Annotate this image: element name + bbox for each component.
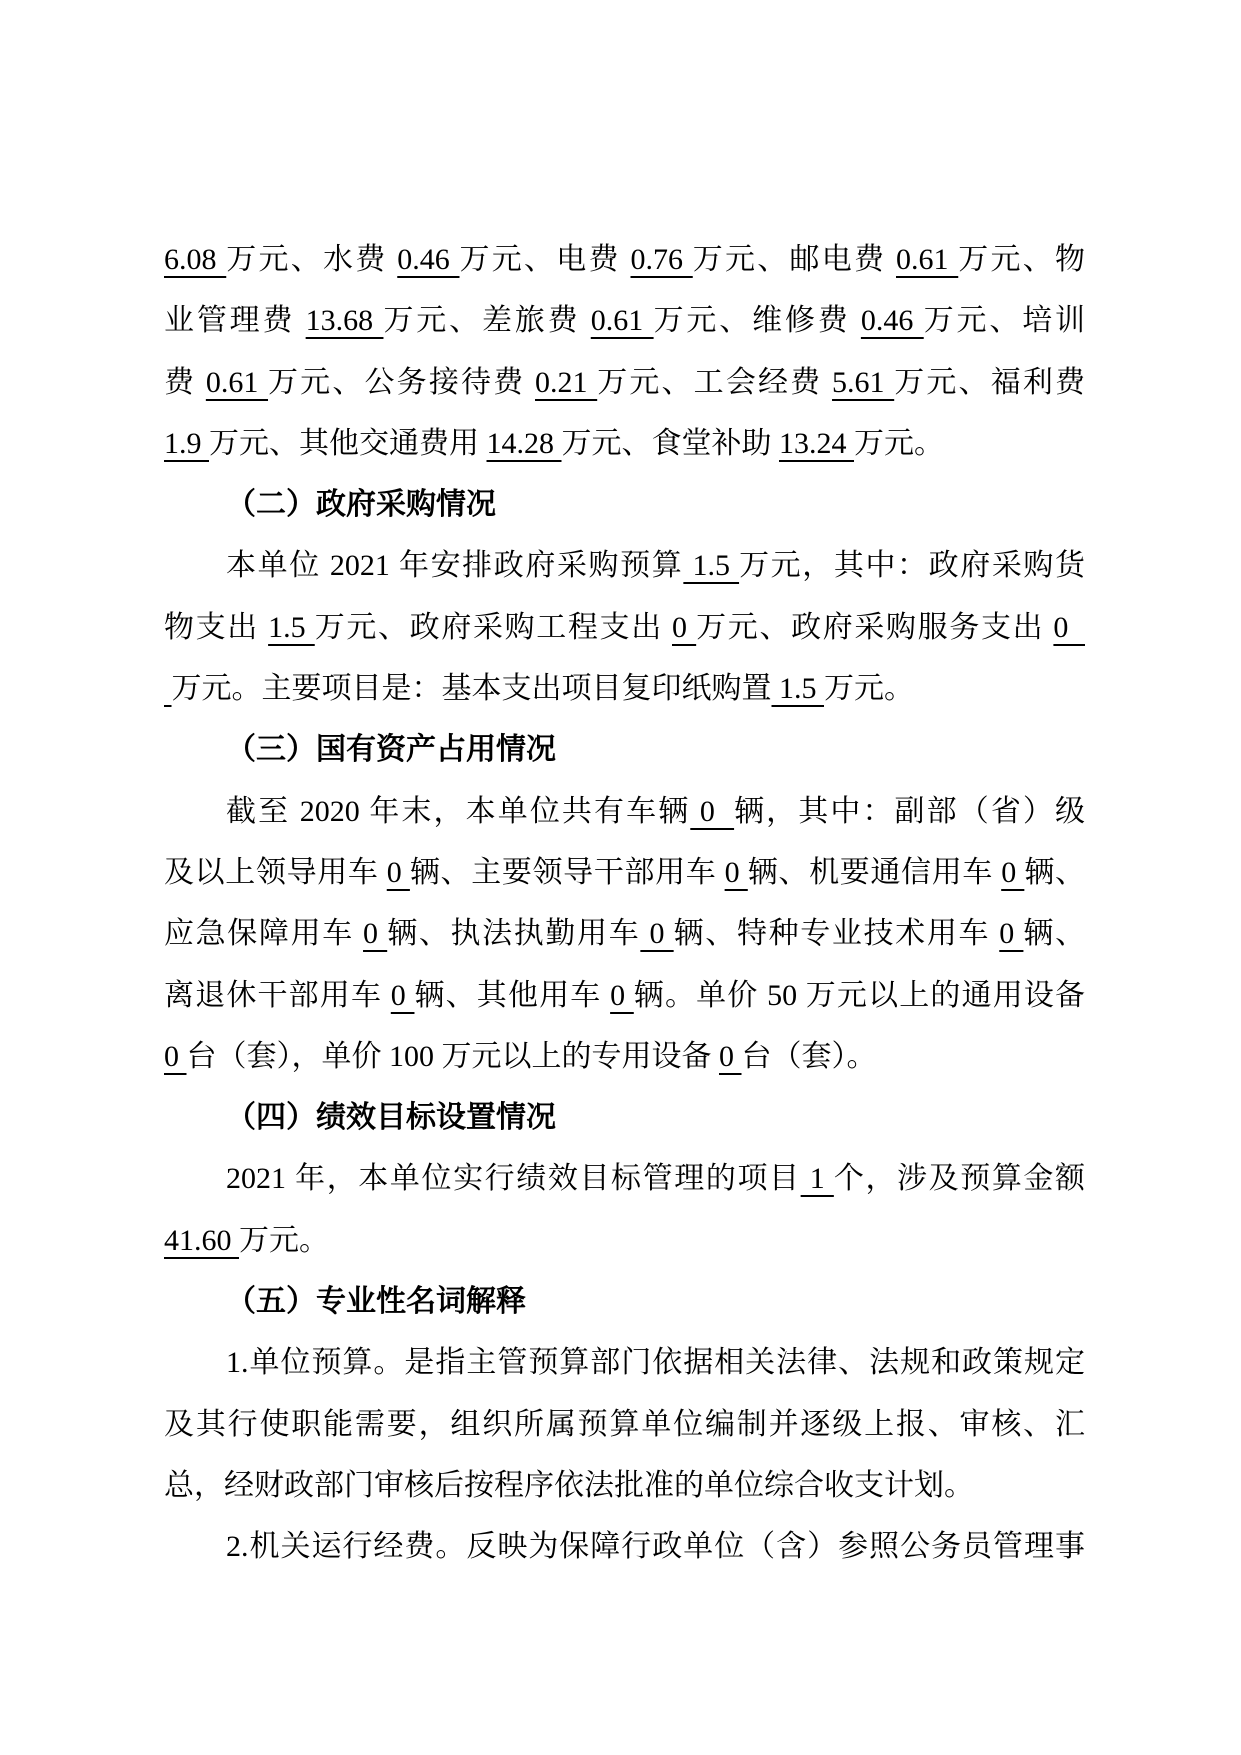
text-segment: 辆、主要领导干部用车: [410, 856, 725, 889]
underlined-value: 1.5: [268, 611, 315, 644]
text-line: 总，经财政部门审核后按程序依法批准的单位综合收支计划。: [164, 1455, 1085, 1516]
text-line: 1.9 万元、其他交通费用 14.28 万元、食堂补助 13.24 万元。: [164, 413, 1085, 474]
text-segment: 万元。主要项目是：基本支出项目复印纸购置: [172, 672, 772, 705]
text-segment: 辆、执法执勤用车: [387, 917, 640, 950]
text-segment: 万元、电费: [460, 243, 631, 276]
text-line: 应急保障用车 0 辆、执法执勤用车 0 辆、特种专业技术用车 0 辆、: [164, 903, 1085, 964]
text-line: 万元。主要项目是：基本支出项目复印纸购置 1.5 万元。: [164, 658, 1085, 719]
text-segment: （四）绩效目标设置情况: [226, 1101, 556, 1134]
underlined-value: 0.21: [535, 366, 597, 399]
underlined-value: 0.61: [896, 243, 958, 276]
text-segment: 离退休干部用车: [164, 979, 391, 1012]
text-segment: 万元、邮电费: [693, 243, 896, 276]
text-line: 2021 年，本单位实行绩效目标管理的项目 1 个，涉及预算金额: [164, 1148, 1085, 1209]
document-text-block: 6.08 万元、水费 0.46 万元、电费 0.76 万元、邮电费 0.61 万…: [164, 229, 1085, 1578]
text-line: 费 0.61 万元、公务接待费 0.21 万元、工会经费 5.61 万元、福利费: [164, 352, 1085, 413]
underlined-value: 0.46: [861, 304, 924, 337]
text-segment: 辆、机要通信用车: [748, 856, 1001, 889]
text-segment: 辆、其他用车: [414, 979, 610, 1012]
text-segment: 万元。: [854, 427, 944, 460]
text-segment: 个，涉及预算金额: [834, 1162, 1085, 1195]
underlined-value: 6.08: [164, 243, 226, 276]
section-heading: （二）政府采购情况: [164, 474, 1085, 535]
underlined-value: 14.28: [487, 427, 562, 460]
text-segment: （三）国有资产占用情况: [226, 733, 556, 766]
text-line: 41.60 万元。: [164, 1210, 1085, 1271]
text-segment: （五）专业性名词解释: [226, 1285, 526, 1318]
text-segment: 万元。: [239, 1224, 329, 1257]
underlined-value: 1.5: [683, 549, 739, 582]
text-segment: 台（套），单价 100 万元以上的专用设备: [187, 1040, 720, 1073]
text-segment: 万元、培训: [924, 304, 1085, 337]
text-line: 0 台（套），单价 100 万元以上的专用设备 0 台（套）。: [164, 1026, 1085, 1087]
text-segment: 本单位 2021 年安排政府采购预算: [226, 549, 683, 582]
text-segment: 万元、政府采购服务支出: [696, 611, 1053, 644]
text-segment: 截至 2020 年末，本单位共有车辆: [226, 795, 690, 828]
underlined-value: 0: [1001, 856, 1024, 889]
text-segment: （二）政府采购情况: [226, 488, 496, 521]
underlined-value: 13.24: [779, 427, 854, 460]
text-segment: 万元、工会经费: [597, 366, 832, 399]
text-line: 业管理费 13.68 万元、差旅费 0.61 万元、维修费 0.46 万元、培训: [164, 290, 1085, 351]
text-segment: 万元、水费: [226, 243, 397, 276]
underlined-value: 0.76: [631, 243, 693, 276]
text-segment: 万元、食堂补助: [562, 427, 780, 460]
underlined-value: 0: [719, 1040, 742, 1073]
text-segment: 及以上领导用车: [164, 856, 387, 889]
text-segment: 台（套）。: [742, 1040, 877, 1073]
text-segment: 万元、福利费: [894, 366, 1085, 399]
underlined-value: 13.68: [306, 304, 384, 337]
text-segment: 业管理费: [164, 304, 306, 337]
text-line: 物支出 1.5 万元、政府采购工程支出 0 万元、政府采购服务支出 0: [164, 597, 1085, 658]
underlined-value: 0: [610, 979, 634, 1012]
underlined-value: 0: [690, 795, 734, 828]
underlined-value: 0.61: [206, 366, 268, 399]
underlined-value: 1.5: [772, 672, 825, 705]
document-page: 6.08 万元、水费 0.46 万元、电费 0.76 万元、邮电费 0.61 万…: [0, 0, 1241, 1755]
text-segment: 万元、其他交通费用: [209, 427, 487, 460]
text-segment: 辆、: [1024, 856, 1085, 889]
text-line: 6.08 万元、水费 0.46 万元、电费 0.76 万元、邮电费 0.61 万…: [164, 229, 1085, 290]
text-line: 离退休干部用车 0 辆、其他用车 0 辆。单价 50 万元以上的通用设备: [164, 965, 1085, 1026]
text-line: 及以上领导用车 0 辆、主要领导干部用车 0 辆、机要通信用车 0 辆、: [164, 842, 1085, 903]
underlined-value: [164, 672, 172, 705]
text-segment: 万元、物: [958, 243, 1085, 276]
section-heading: （四）绩效目标设置情况: [164, 1087, 1085, 1148]
text-line: 截至 2020 年末，本单位共有车辆 0 辆，其中：副部（省）级: [164, 781, 1085, 842]
underlined-value: 0: [1053, 611, 1085, 644]
text-segment: 2021 年，本单位实行绩效目标管理的项目: [226, 1162, 801, 1195]
text-segment: 万元。: [824, 672, 914, 705]
text-segment: 1.单位预算。是指主管预算部门依据相关法律、法规和政策规定: [226, 1346, 1085, 1379]
text-segment: 辆、特种专业技术用车: [674, 917, 1000, 950]
text-line: 2.机关运行经费。反映为保障行政单位（含）参照公务员管理事: [164, 1516, 1085, 1577]
underlined-value: 41.60: [164, 1224, 239, 1257]
text-segment: 万元、差旅费: [383, 304, 590, 337]
underlined-value: 0: [387, 856, 410, 889]
underlined-value: 0: [164, 1040, 187, 1073]
text-line: 本单位 2021 年安排政府采购预算 1.5 万元，其中：政府采购货: [164, 535, 1085, 596]
section-heading: （三）国有资产占用情况: [164, 719, 1085, 780]
underlined-value: 5.61: [832, 366, 894, 399]
underlined-value: 1: [801, 1162, 834, 1195]
text-segment: 辆，其中：副部（省）级: [734, 795, 1085, 828]
text-segment: 辆。单价 50 万元以上的通用设备: [634, 979, 1085, 1012]
text-segment: 及其行使职能需要，组织所属预算单位编制并逐级上报、审核、汇: [164, 1408, 1085, 1441]
underlined-value: 0.46: [397, 243, 459, 276]
underlined-value: 0: [640, 917, 673, 950]
underlined-value: 1.9: [164, 427, 209, 460]
text-segment: 2.机关运行经费。反映为保障行政单位（含）参照公务员管理事: [226, 1530, 1085, 1563]
underlined-value: 0: [363, 917, 387, 950]
underlined-value: 0: [672, 611, 696, 644]
text-segment: 辆、: [1023, 917, 1085, 950]
text-segment: 应急保障用车: [164, 917, 363, 950]
text-line: 1.单位预算。是指主管预算部门依据相关法律、法规和政策规定: [164, 1332, 1085, 1393]
underlined-value: 0: [999, 917, 1023, 950]
section-heading: （五）专业性名词解释: [164, 1271, 1085, 1332]
text-segment: 总，经财政部门审核后按程序依法批准的单位综合收支计划。: [164, 1469, 974, 1502]
text-segment: 费: [164, 366, 206, 399]
underlined-value: 0: [391, 979, 415, 1012]
text-segment: 万元、维修费: [654, 304, 861, 337]
text-segment: 万元、公务接待费: [268, 366, 535, 399]
underlined-value: 0: [725, 856, 748, 889]
text-segment: 万元、政府采购工程支出: [315, 611, 672, 644]
text-segment: 万元，其中：政府采购货: [739, 549, 1085, 582]
text-segment: 物支出: [164, 611, 268, 644]
text-line: 及其行使职能需要，组织所属预算单位编制并逐级上报、审核、汇: [164, 1394, 1085, 1455]
underlined-value: 0.61: [591, 304, 654, 337]
